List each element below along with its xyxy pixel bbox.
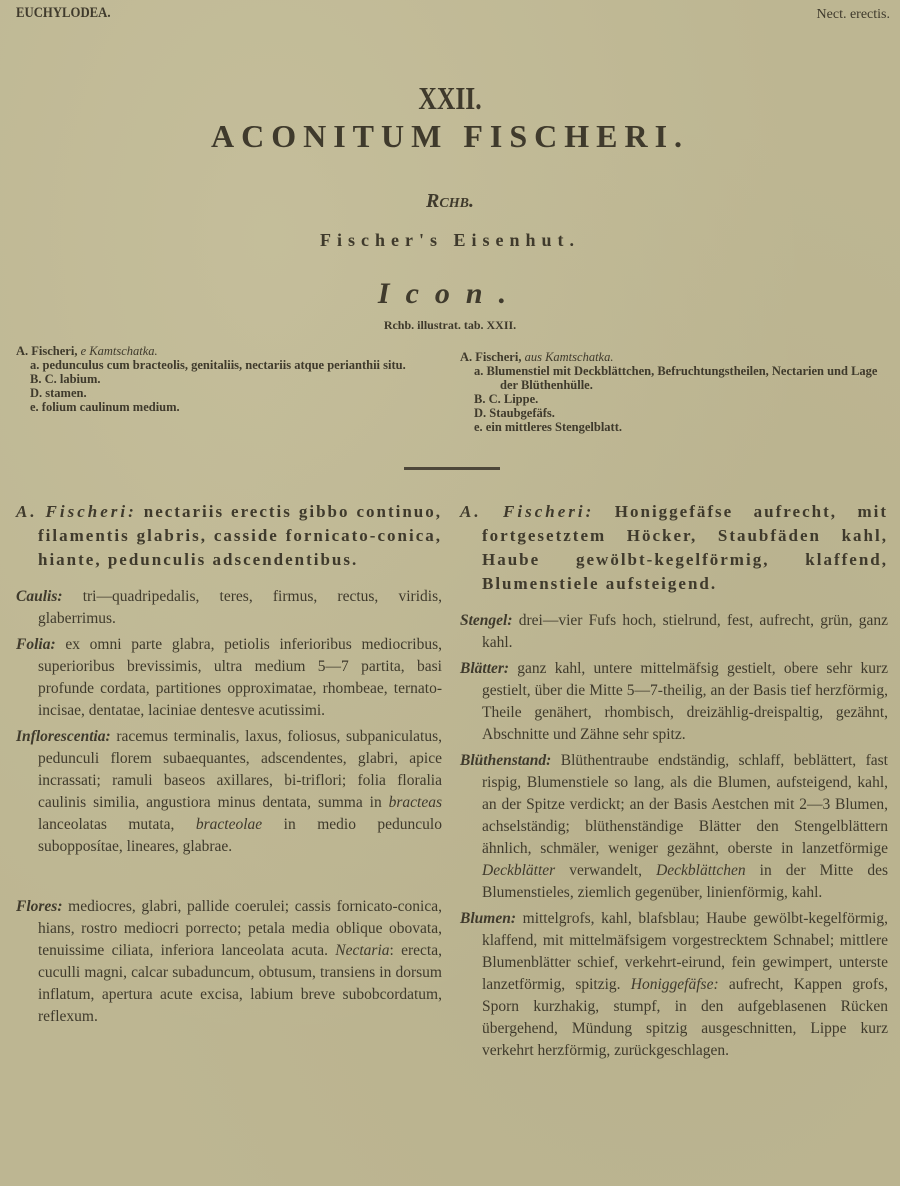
folia-paragraph: Folia: ex omni parte glabra, petiolis in… (16, 634, 442, 722)
stengel-paragraph: Stengel: drei—vier Fufs hoch, stielrund,… (460, 610, 888, 654)
diagnosis-german: A. Fischeri: Honiggefäfse aufrecht, mit … (460, 500, 888, 596)
stengel-text: drei—vier Fufs hoch, stielrund, fest, au… (482, 612, 888, 651)
diagnosis-lead: A. Fischeri: (460, 502, 594, 521)
legend-species: A. Fischeri, (16, 344, 81, 358)
book-page: EUCHYLODEA. Nect. erectis. XXII. ACONITU… (0, 0, 900, 1186)
flores-label: Flores: (16, 898, 63, 915)
bluethenstand-label: Blüthenstand: (460, 752, 551, 769)
bluethenstand-paragraph: Blüthenstand: Blüthentraube endständig, … (460, 750, 888, 904)
legend-item: e. ein mittleres Stengelblatt. (460, 420, 892, 434)
running-head-right: Nect. erectis. (817, 7, 890, 23)
stengel-label: Stengel: (460, 612, 513, 629)
plate-number: XXII. (90, 80, 810, 117)
caulis-paragraph: Caulis: tri—quadripedalis, teres, firmus… (16, 586, 442, 630)
caulis-text: tri—quadripedalis, teres, firmus, rectus… (38, 588, 442, 627)
inflorescentia-text: lanceolatas mutata, (38, 816, 196, 833)
legend-item: a. Blumenstiel mit Deckblättchen, Befruc… (460, 364, 892, 392)
emphasis-term: Deckblätter (482, 862, 555, 879)
legend-item: B. C. Lippe. (460, 392, 892, 406)
common-name: Fischer's Eisenhut. (0, 230, 900, 251)
legend-item: D. stamen. (16, 386, 446, 400)
inflorescentia-paragraph: Inflorescentia: racemus terminalis, laxu… (16, 726, 442, 858)
emphasis-term: Deckblättchen (656, 862, 746, 879)
german-description-column: A. Fischeri: Honiggefäfse aufrecht, mit … (460, 500, 888, 1062)
latin-description-column: A. Fischeri: nectariis erectis gibbo con… (16, 500, 442, 1028)
emphasis-term: bracteolae (196, 816, 262, 833)
blaetter-paragraph: Blätter: ganz kahl, untere mittelmäfsig … (460, 658, 888, 746)
blumen-label: Blumen: (460, 910, 516, 927)
author-abbreviation: Rchb. (0, 190, 900, 213)
diagnosis-latin: A. Fischeri: nectariis erectis gibbo con… (16, 500, 442, 572)
plate-legend-german: A. Fischeri, aus Kamtschatka. a. Blumens… (460, 350, 892, 434)
blaetter-label: Blätter: (460, 660, 509, 677)
plate-legend-latin: A. Fischeri, e Kamtschatka. a. pedunculu… (16, 344, 446, 414)
icon-reference: Rchb. illustrat. tab. XXII. (0, 318, 900, 333)
emphasis-term: bracteas (389, 794, 442, 811)
nectaria-label: Nectaria (335, 942, 389, 959)
legend-origin: aus Kamtschatka. (525, 350, 614, 364)
legend-item: e. folium caulinum medium. (16, 400, 446, 414)
bluethenstand-text: verwandelt, (555, 862, 656, 879)
section-divider (404, 467, 500, 470)
legend-species: A. Fischeri, (460, 350, 525, 364)
folia-label: Folia: (16, 636, 56, 653)
flores-paragraph: Flores: mediocres, glabri, pallide coeru… (16, 896, 442, 1028)
legend-item: B. C. labium. (16, 372, 446, 386)
running-head-left: EUCHYLODEA. (16, 5, 111, 22)
species-title: ACONITUM FISCHERI. (0, 118, 900, 155)
icon-heading: Icon. (0, 277, 900, 311)
legend-heading: A. Fischeri, aus Kamtschatka. (460, 350, 892, 364)
blaetter-text: ganz kahl, untere mittelmäfsig gestielt,… (482, 660, 888, 743)
legend-origin: e Kamtschatka. (81, 344, 158, 358)
legend-item: a. pedunculus cum bracteolis, genitaliis… (16, 358, 446, 372)
legend-item: D. Staubgefäfs. (460, 406, 892, 420)
blumen-paragraph: Blumen: mittelgrofs, kahl, blafsblau; Ha… (460, 908, 888, 1062)
caulis-label: Caulis: (16, 588, 63, 605)
honiggefaesse-label: Honiggefäfse: (631, 976, 719, 993)
legend-heading: A. Fischeri, e Kamtschatka. (16, 344, 446, 358)
diagnosis-lead: A. Fischeri: (16, 502, 137, 521)
folia-text: ex omni parte glabra, petiolis inferiori… (38, 636, 442, 719)
inflorescentia-label: Inflorescentia: (16, 728, 111, 745)
